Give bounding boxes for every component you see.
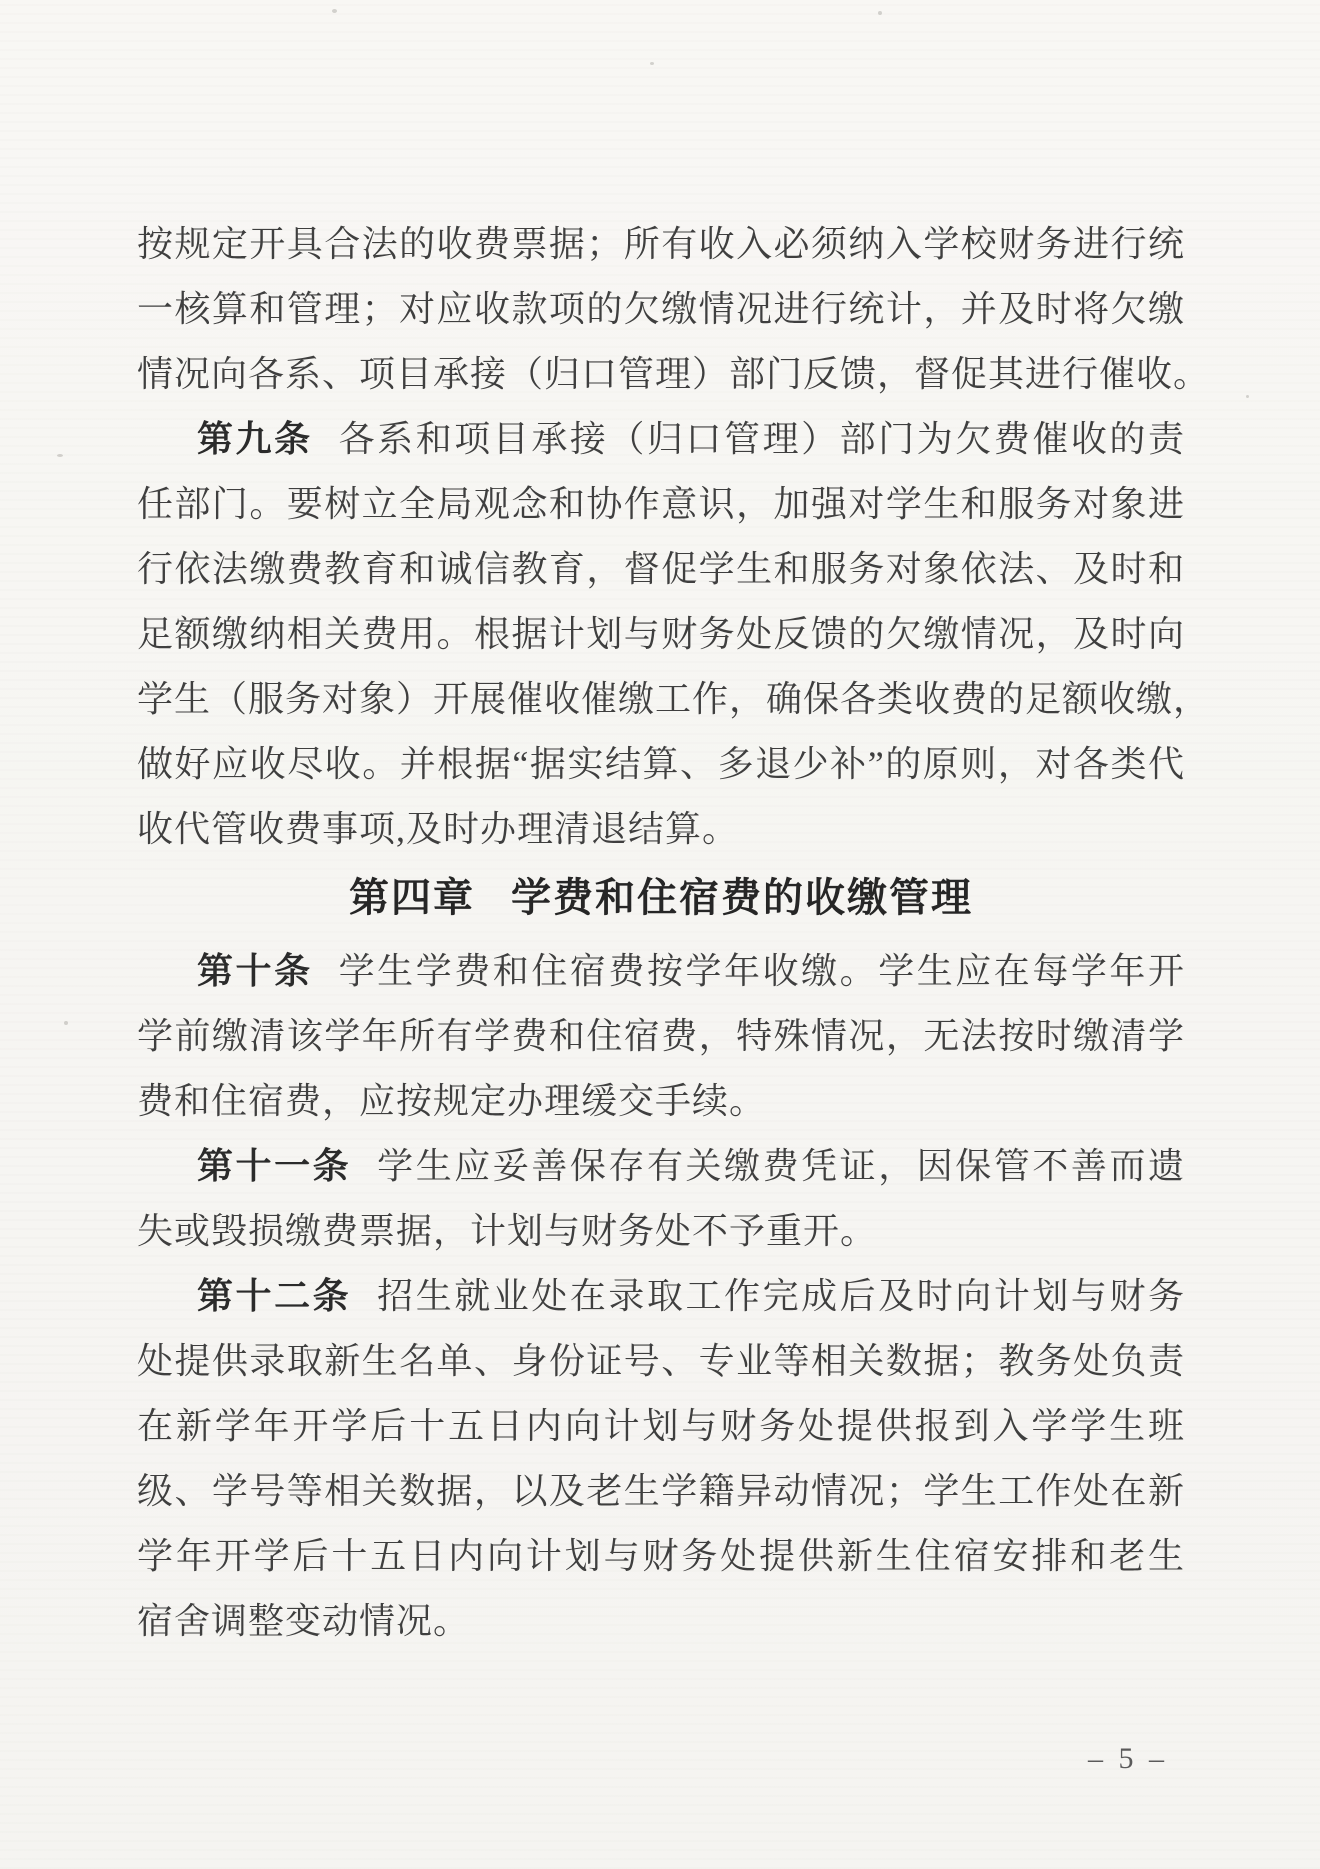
line-text: 宿舍调整变动情况。 [137, 1601, 470, 1641]
paragraph-line: 在新学年开学后十五日内向计划与财务处提供报到入学学生班 [137, 1394, 1185, 1459]
chapter-title: 学费和住宿费的收缴管理 [511, 876, 973, 920]
scan-speck [64, 1021, 68, 1025]
article-number: 第十条 [197, 951, 313, 991]
paragraph-line: 学生（服务对象）开展催收催缴工作，确保各类收费的足额收缴， [137, 667, 1185, 732]
line-text: 学生（服务对象）开展催收催缴工作，确保各类收费的足额收缴， [137, 679, 1210, 719]
paragraph-line: 做好应收尽收。并根据“据实结算、多退少补”的原则，对各类代 [137, 732, 1185, 797]
paragraph-line: 一核算和管理；对应收款项的欠缴情况进行统计，并及时将欠缴 [137, 277, 1185, 342]
document-body: 按规定开具合法的收费票据；所有收入必须纳入学校财务进行统 一核算和管理；对应收款… [137, 212, 1185, 1654]
paragraph-line: 行依法缴费教育和诚信教育，督促学生和服务对象依法、及时和 [137, 537, 1185, 602]
line-text: 在新学年开学后十五日内向计划与财务处提供报到入学学生班 [137, 1406, 1185, 1446]
paragraph-line: 足额缴纳相关费用。根据计划与财务处反馈的欠缴情况，及时向 [137, 602, 1185, 667]
page-number: – 5 – [1088, 1742, 1168, 1776]
paragraph-line: 学年开学后十五日内向计划与财务处提供新生住宿安排和老生 [137, 1524, 1185, 1589]
paragraph-line: 任部门。要树立全局观念和协作意识，加强对学生和服务对象进 [137, 472, 1185, 537]
line-text: 一核算和管理；对应收款项的欠缴情况进行统计，并及时将欠缴 [137, 289, 1185, 329]
scanned-document-page: 按规定开具合法的收费票据；所有收入必须纳入学校财务进行统 一核算和管理；对应收款… [0, 0, 1320, 1869]
paragraph-line: 情况向各系、项目承接（归口管理）部门反馈，督促其进行催收。 [137, 342, 1185, 407]
scan-speck [1246, 395, 1249, 398]
scan-speck [878, 11, 882, 15]
paragraph-line: 第十一条学生应妥善保存有关缴费凭证，因保管不善而遗 [137, 1134, 1185, 1199]
scan-speck [57, 454, 63, 457]
line-text: 失或毁损缴费票据，计划与财务处不予重开。 [137, 1211, 877, 1251]
line-text: 按规定开具合法的收费票据；所有收入必须纳入学校财务进行统 [137, 224, 1185, 264]
chapter-number: 第四章 [349, 876, 475, 920]
line-text: 任部门。要树立全局观念和协作意识，加强对学生和服务对象进 [137, 484, 1185, 524]
line-text: 招生就业处在录取工作完成后及时向计划与财务 [377, 1276, 1185, 1316]
line-text: 收代管收费事项,及时办理清退结算。 [137, 809, 739, 849]
paragraph-line: 宿舍调整变动情况。 [137, 1589, 1185, 1654]
article-number: 第十一条 [197, 1146, 351, 1186]
paragraph-line: 学前缴清该学年所有学费和住宿费，特殊情况，无法按时缴清学 [137, 1004, 1185, 1069]
scan-speck [332, 9, 337, 13]
chapter-heading: 第四章学费和住宿费的收缴管理 [137, 866, 1185, 931]
line-text: 费和住宿费，应按规定办理缓交手续。 [137, 1081, 766, 1121]
line-text: 学生学费和住宿费按学年收缴。学生应在每学年开 [339, 951, 1185, 991]
line-text: 做好应收尽收。并根据“据实结算、多退少补”的原则，对各类代 [137, 744, 1185, 784]
paragraph-line: 失或毁损缴费票据，计划与财务处不予重开。 [137, 1199, 1185, 1264]
scan-speck [650, 62, 654, 65]
paragraph-line: 费和住宿费，应按规定办理缓交手续。 [137, 1069, 1185, 1134]
paragraph-line: 按规定开具合法的收费票据；所有收入必须纳入学校财务进行统 [137, 212, 1185, 277]
line-text: 学生应妥善保存有关缴费凭证，因保管不善而遗 [377, 1146, 1185, 1186]
line-text: 各系和项目承接（归口管理）部门为欠费催收的责 [339, 419, 1185, 459]
line-text: 情况向各系、项目承接（归口管理）部门反馈，督促其进行催收。 [137, 354, 1210, 394]
paragraph-line: 收代管收费事项,及时办理清退结算。 [137, 797, 1185, 862]
paragraph-line: 处提供录取新生名单、身份证号、专业等相关数据；教务处负责 [137, 1329, 1185, 1394]
article-number: 第九条 [197, 419, 313, 459]
article-number: 第十二条 [197, 1276, 351, 1316]
line-text: 处提供录取新生名单、身份证号、专业等相关数据；教务处负责 [137, 1341, 1185, 1381]
line-text: 学年开学后十五日内向计划与财务处提供新生住宿安排和老生 [137, 1536, 1185, 1576]
paragraph-line: 第十条学生学费和住宿费按学年收缴。学生应在每学年开 [137, 939, 1185, 1004]
paragraph-line: 第九条各系和项目承接（归口管理）部门为欠费催收的责 [137, 407, 1185, 472]
line-text: 学前缴清该学年所有学费和住宿费，特殊情况，无法按时缴清学 [137, 1016, 1185, 1056]
line-text: 级、学号等相关数据，以及老生学籍异动情况；学生工作处在新 [137, 1471, 1185, 1511]
line-text: 足额缴纳相关费用。根据计划与财务处反馈的欠缴情况，及时向 [137, 614, 1185, 654]
line-text: 行依法缴费教育和诚信教育，督促学生和服务对象依法、及时和 [137, 549, 1185, 589]
paragraph-line: 级、学号等相关数据，以及老生学籍异动情况；学生工作处在新 [137, 1459, 1185, 1524]
paragraph-line: 第十二条招生就业处在录取工作完成后及时向计划与财务 [137, 1264, 1185, 1329]
